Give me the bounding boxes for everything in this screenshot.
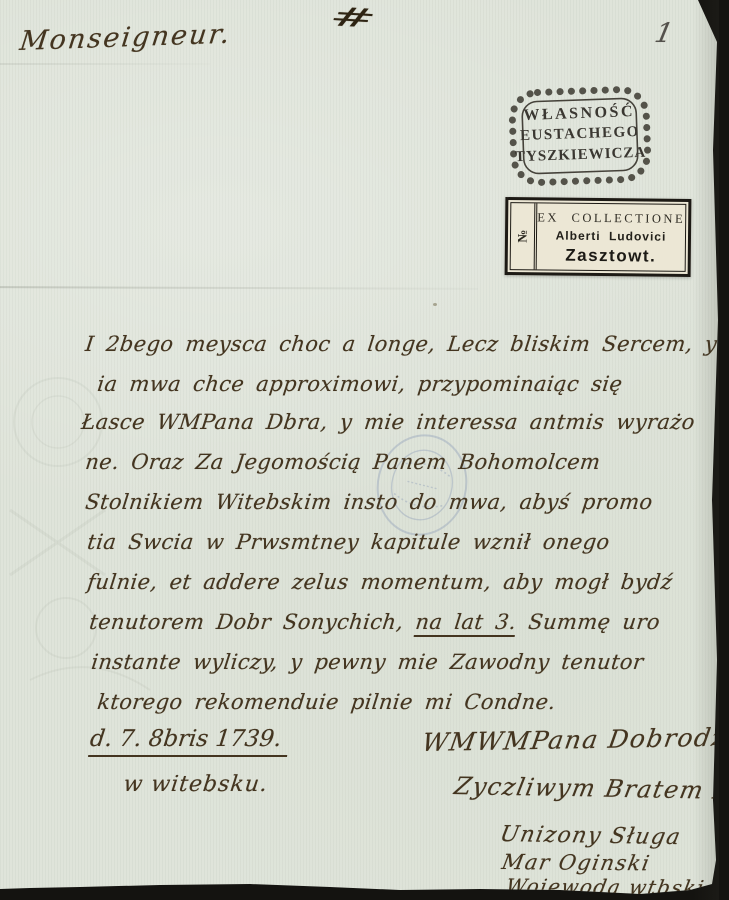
horizontal-crease (0, 63, 210, 65)
closing-line: WMWMPana Dobrodzieiu (420, 722, 729, 757)
horizontal-crease (0, 286, 478, 290)
page-number: 1 (652, 18, 676, 49)
scanned-letter-page: # 1 Monseigneur. WŁASNOŚĆ EUSTACHEGO TYS… (0, 0, 729, 900)
closing-line: Unizony Sługa (498, 822, 684, 850)
numero-symbol: № (514, 230, 530, 243)
collation-mark: # (326, 2, 379, 34)
body-line: instante wyliczy, y pewny mie Zawodny te… (90, 650, 645, 674)
body-line: I 2bego meysca choc a longe, Lecz bliski… (84, 332, 729, 356)
body-line: fulnie, et addere zelus momentum, aby mo… (86, 570, 674, 594)
ownership-stamp: WŁASNOŚĆ EUSTACHEGO TYSZKIEWICZA (504, 81, 656, 190)
salutation: Monseigneur. (18, 19, 233, 57)
dateline-place: w witebsku. (122, 772, 269, 797)
label-owner-name: Alberti Ludovici (556, 228, 667, 243)
label-number-column: № (511, 203, 538, 269)
label-title: EX COLLECTIONE (537, 210, 685, 227)
collection-label: № EX COLLECTIONE Alberti Ludovici Zaszto… (505, 197, 692, 277)
body-line-8-post: Summę uro (515, 610, 662, 634)
paper-sheet: # 1 Monseigneur. WŁASNOŚĆ EUSTACHEGO TYS… (0, 0, 729, 900)
label-surname: Zasztowt. (565, 245, 656, 266)
body-line: ktorego rekomenduie pilnie mi Condne. (96, 690, 557, 714)
closing-line: Zyczliwym Bratem Dbry (452, 772, 729, 806)
collection-label-inner-frame: № EX COLLECTIONE Alberti Ludovici Zaszto… (510, 202, 687, 272)
body-line: Łasce WMPana Dbra, y mie interessa antmi… (80, 410, 696, 434)
signature-title: Woiewoda wtbski (504, 874, 707, 900)
label-text-block: EX COLLECTIONE Alberti Ludovici Zasztowt… (537, 203, 686, 271)
ink-spot (433, 303, 437, 306)
body-line: tia Swcia w Prwsmtney kapitule wznił one… (86, 530, 611, 554)
body-line-8-pre: tenutorem Dobr Sonychich, (88, 610, 417, 634)
body-line: tenutorem Dobr Sonychich, na lat 3. Summ… (88, 610, 662, 634)
body-line: ne. Oraz Za Jegomością Panem Bohomolcem (84, 450, 602, 474)
body-line-8-underlined: na lat 3. (414, 610, 518, 637)
body-line: ia mwa chce approximowi, przypominaiąc s… (96, 372, 624, 396)
signature-name: Mar Oginski (500, 850, 653, 875)
body-line: Stolnikiem Witebskim insto do mwa, abyś … (84, 490, 654, 514)
dateline-date: d. 7. 8bris 1739. (88, 726, 291, 757)
